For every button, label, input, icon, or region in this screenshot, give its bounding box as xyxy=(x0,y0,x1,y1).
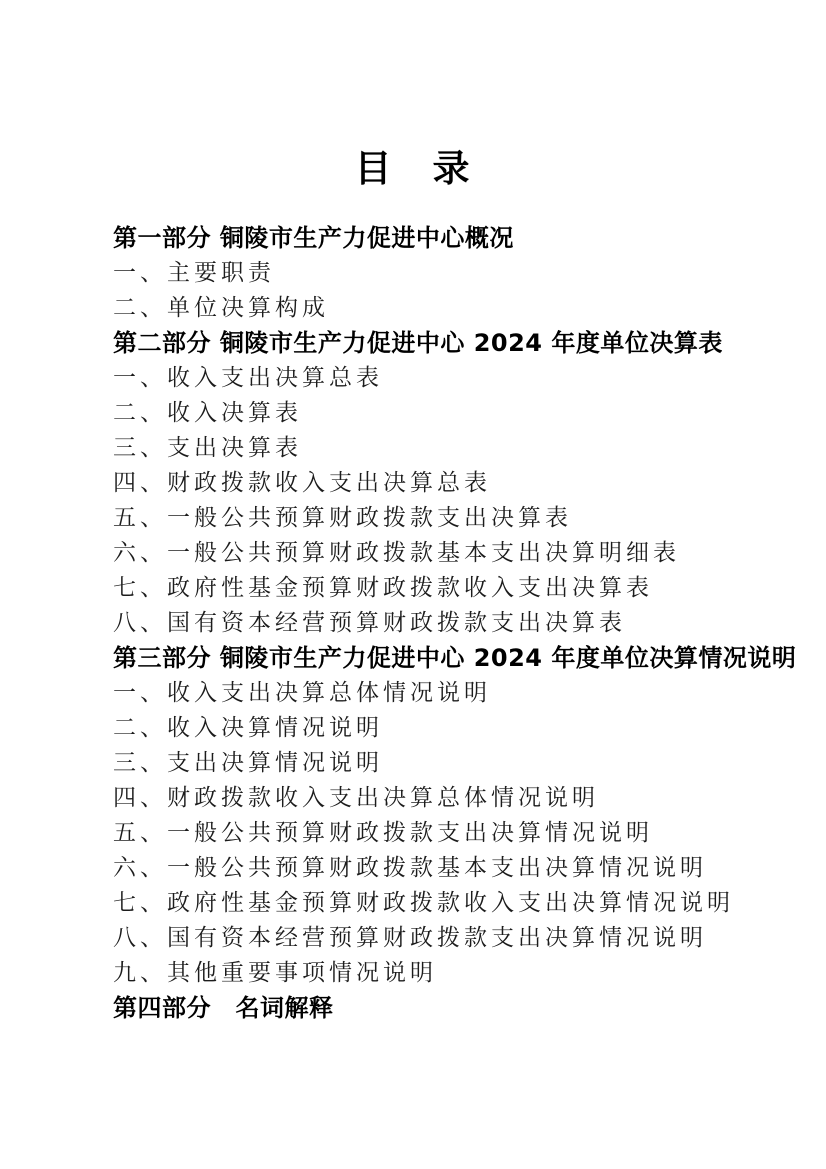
toc-item: 二、收入决算情况说明 xyxy=(113,711,713,746)
table-of-contents: 第一部分 铜陵市生产力促进中心概况 一、主要职责 二、单位决算构成 第二部分 铜… xyxy=(113,221,713,1026)
toc-item: 七、政府性基金预算财政拨款收入支出决算情况说明 xyxy=(113,886,713,921)
toc-item: 四、财政拨款收入支出决算总表 xyxy=(113,466,713,501)
page-title: 目 录 xyxy=(113,143,713,195)
toc-item: 八、国有资本经营预算财政拨款支出决算表 xyxy=(113,606,713,641)
toc-section-heading-part2: 第二部分 铜陵市生产力促进中心 2024 年度单位决算表 xyxy=(113,326,713,361)
toc-item: 一、主要职责 xyxy=(113,256,713,291)
toc-section-heading-part1: 第一部分 铜陵市生产力促进中心概况 xyxy=(113,221,713,256)
toc-section-heading-part4: 第四部分 名词解释 xyxy=(113,991,713,1026)
toc-item: 四、财政拨款收入支出决算总体情况说明 xyxy=(113,781,713,816)
toc-item: 五、一般公共预算财政拨款支出决算情况说明 xyxy=(113,816,713,851)
toc-item: 八、国有资本经营预算财政拨款支出决算情况说明 xyxy=(113,921,713,956)
toc-item: 一、收入支出决算总表 xyxy=(113,361,713,396)
toc-item: 三、支出决算情况说明 xyxy=(113,746,713,781)
toc-item: 七、政府性基金预算财政拨款收入支出决算表 xyxy=(113,571,713,606)
toc-item: 六、一般公共预算财政拨款基本支出决算情况说明 xyxy=(113,851,713,886)
toc-section-heading-part3: 第三部分 铜陵市生产力促进中心 2024 年度单位决算情况说明 xyxy=(113,641,713,676)
toc-item: 二、收入决算表 xyxy=(113,396,713,431)
toc-item: 二、单位决算构成 xyxy=(113,291,713,326)
toc-item: 九、其他重要事项情况说明 xyxy=(113,956,713,991)
toc-item: 六、一般公共预算财政拨款基本支出决算明细表 xyxy=(113,536,713,571)
document-page: 目 录 第一部分 铜陵市生产力促进中心概况 一、主要职责 二、单位决算构成 第二… xyxy=(0,0,826,1169)
document-body: 目 录 第一部分 铜陵市生产力促进中心概况 一、主要职责 二、单位决算构成 第二… xyxy=(113,143,713,1026)
toc-item: 一、收入支出决算总体情况说明 xyxy=(113,676,713,711)
toc-item: 五、一般公共预算财政拨款支出决算表 xyxy=(113,501,713,536)
toc-item: 三、支出决算表 xyxy=(113,431,713,466)
